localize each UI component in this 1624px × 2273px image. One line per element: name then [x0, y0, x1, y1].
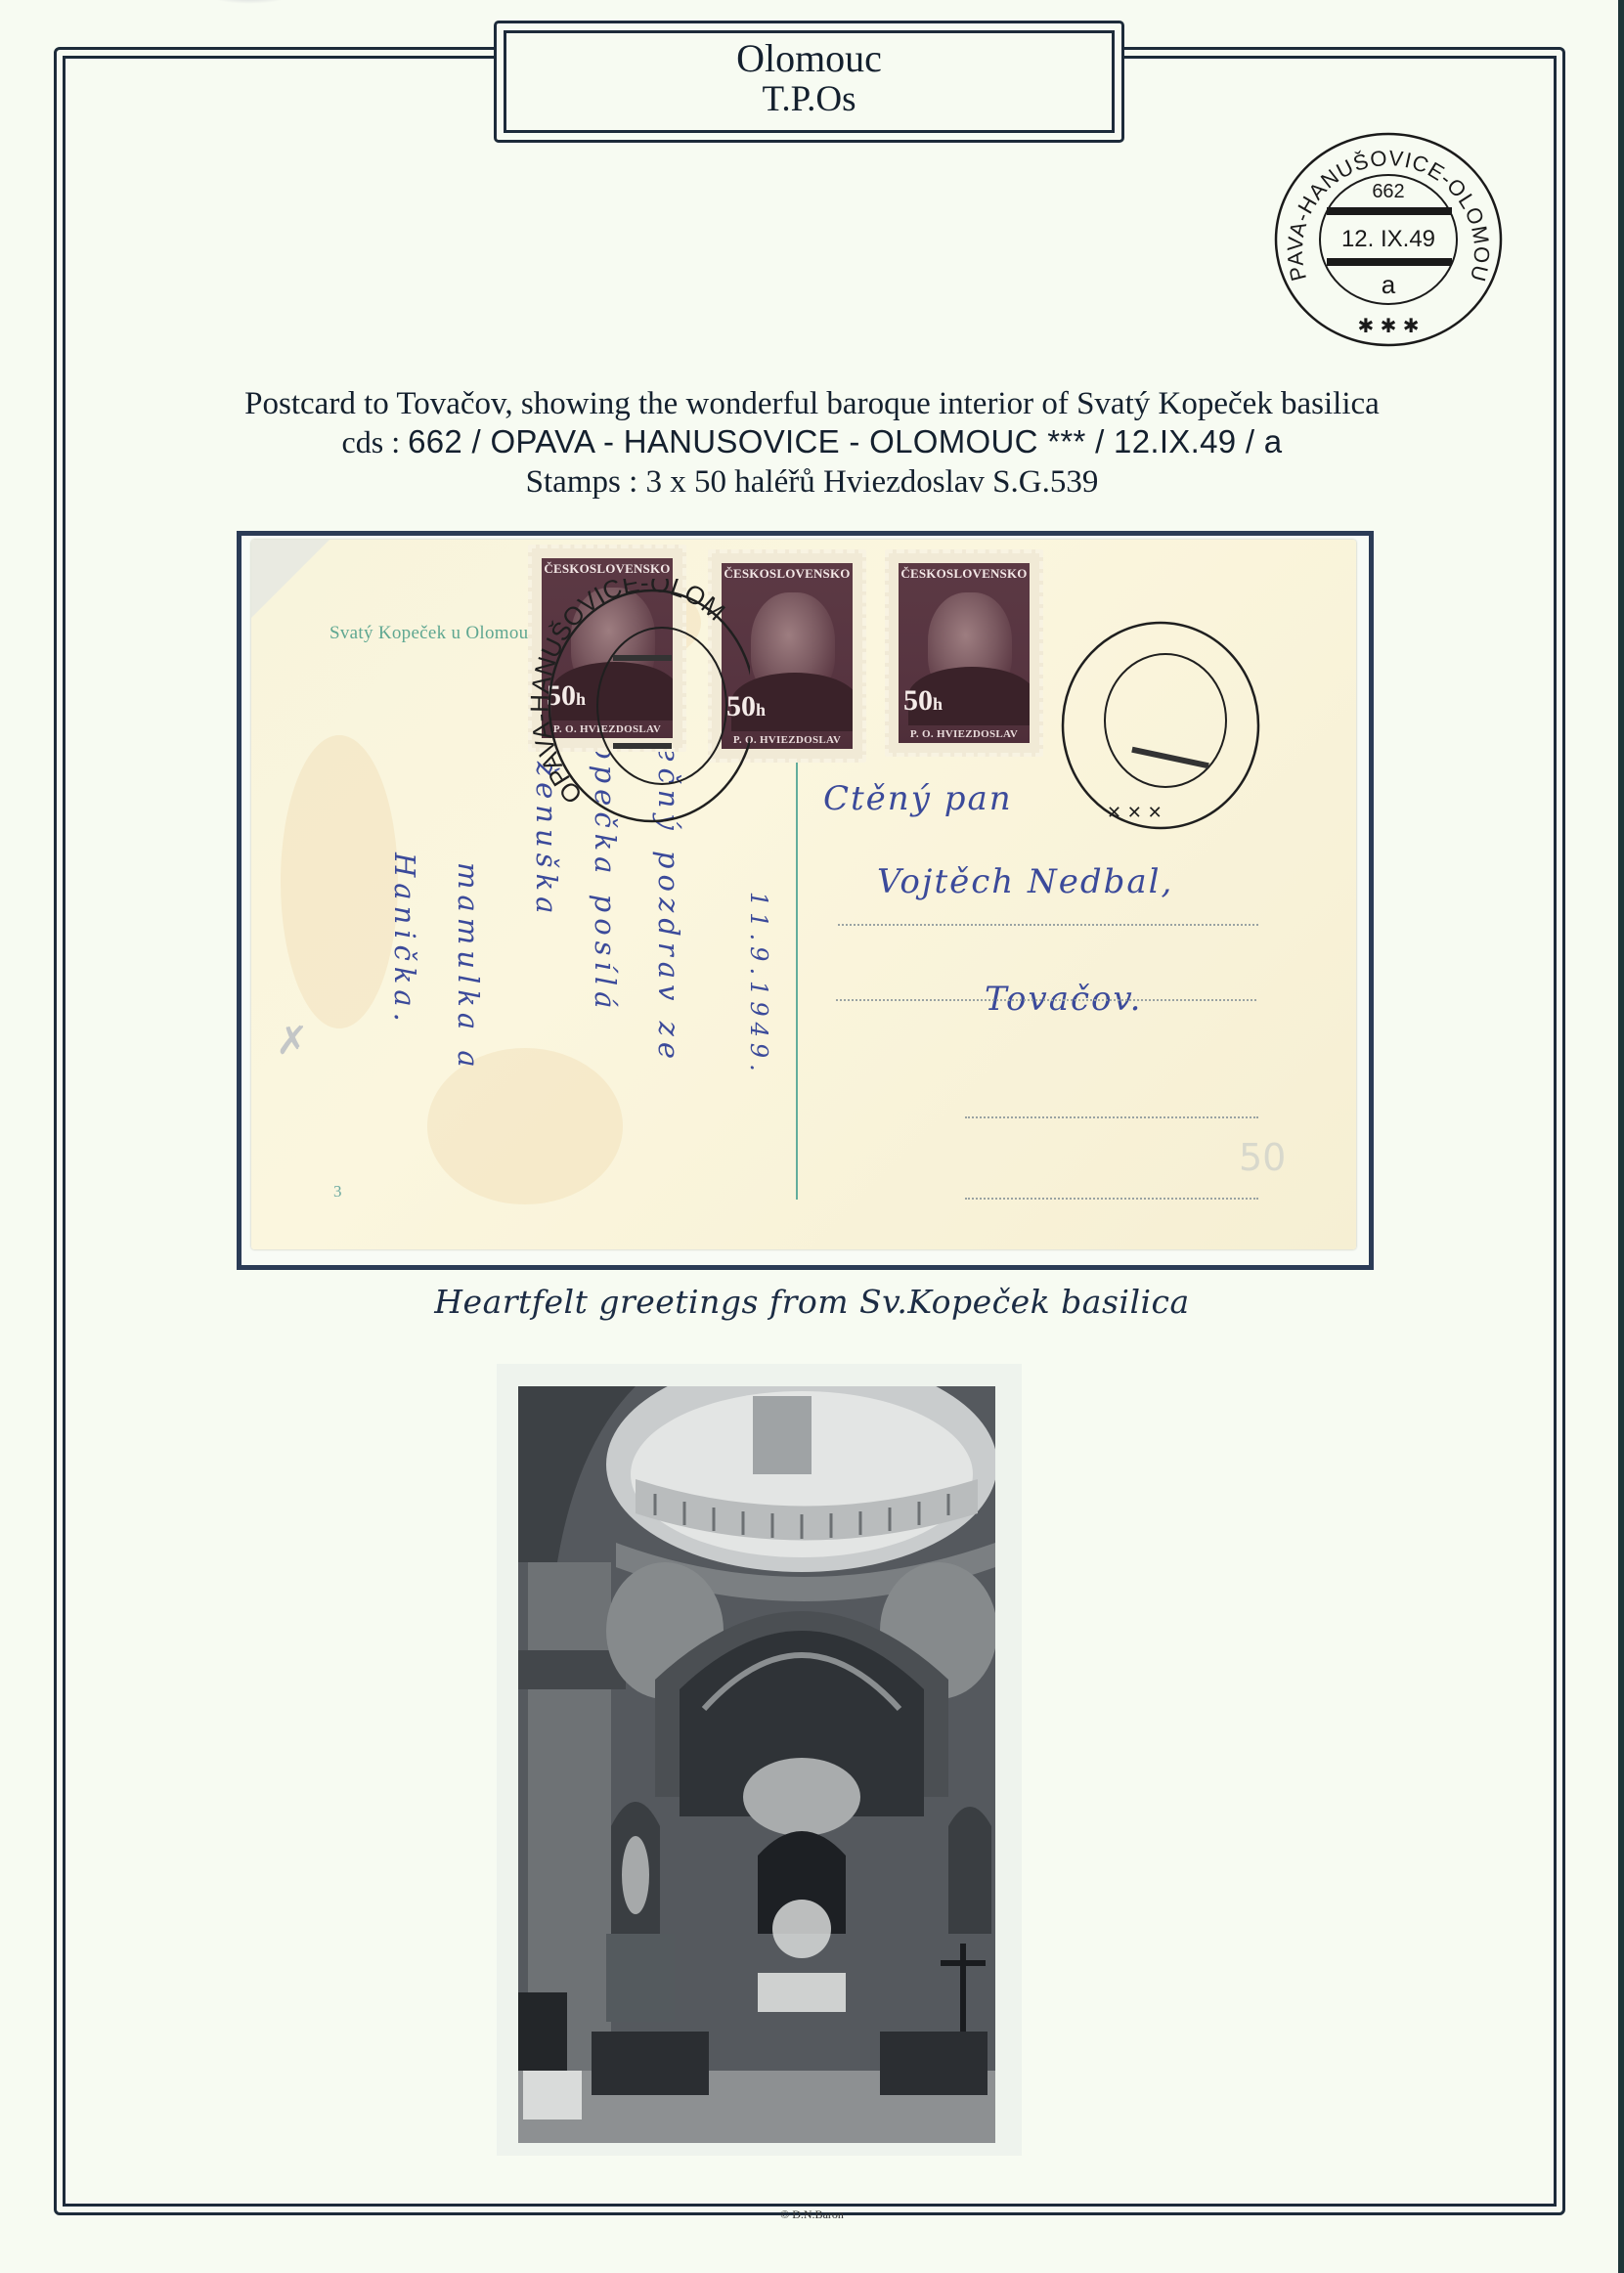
- postmark-date: 12. IX.49: [1341, 226, 1435, 252]
- message-line-4: mamulka a: [452, 862, 485, 1214]
- basilica-interior-illustration: [518, 1386, 995, 2143]
- stamp-value: 50h: [903, 684, 943, 718]
- stamp-value-number: 50: [903, 684, 933, 717]
- pencil-price-note: 50: [1239, 1136, 1286, 1179]
- stamp-country: ČESKOSLOVENSKO: [542, 561, 673, 577]
- address-dotted-line: [965, 1198, 1258, 1200]
- stamp-value-unit: h: [756, 700, 766, 720]
- postmark-stars: ✱ ✱ ✱: [1358, 314, 1420, 337]
- page-title: Olomouc: [506, 37, 1112, 80]
- cds-value: 662 / OPAVA - HANUSOVICE - OLOMOUC *** /…: [408, 423, 1282, 459]
- postmark-illustration: OPAVA-HANUŠOVICE-OLOMOUC 662 12. IX.49 a…: [1266, 127, 1511, 352]
- address-dotted-line: [836, 999, 1256, 1001]
- page-subtitle: T.P.Os: [506, 80, 1112, 119]
- svg-text:OPAVA-HANUŠOVICE-OLOMOUC: OPAVA-HANUŠOVICE-OLOMOUC: [515, 579, 731, 809]
- description-stamps-line: Stamps : 3 x 50 haléřů Hviezdoslav S.G.5…: [0, 464, 1624, 501]
- postcard: Svatý Kopeček u Olomouce. 3 Srdečný pozd…: [251, 540, 1356, 1249]
- address-dotted-line: [965, 1116, 1258, 1118]
- stamp-name: P. O. HVIEZDOSLAV: [899, 728, 1030, 740]
- message-line-5: Hanička.: [388, 852, 421, 1204]
- address-dotted-line: [838, 924, 1258, 926]
- basilica-interior-photo: [518, 1386, 995, 2143]
- card-number: 3: [333, 1182, 342, 1202]
- stamp-country: ČESKOSLOVENSKO: [899, 566, 1030, 582]
- description-line-1: Postcard to Tovačov, showing the wonderf…: [0, 386, 1624, 422]
- postmark-letter: a: [1382, 270, 1396, 299]
- pencil-mark: ✗: [276, 1019, 309, 1064]
- scan-edge: [1618, 0, 1624, 2273]
- cancellation-mark-1: OPAVA-HANUŠOVICE-OLOMOUC: [515, 579, 750, 833]
- photo-corner: [251, 540, 329, 618]
- svg-text:✕ ✕ ✕: ✕ ✕ ✕: [1107, 803, 1163, 823]
- description-cds-line: cds : 662 / OPAVA - HANUSOVICE - OLOMOUC…: [0, 423, 1624, 460]
- written-date: 11.9.1949.: [745, 892, 772, 1204]
- cds-label: cds :: [342, 424, 409, 459]
- title-box-inner: Olomouc T.P.Os: [504, 30, 1115, 133]
- address-divider: [796, 721, 798, 1200]
- postmark-number: 662: [1372, 181, 1404, 202]
- copyright-footer: © D.N.Baron: [0, 2207, 1624, 2222]
- scan-smudge: [205, 0, 293, 4]
- address-line-1: Ctěný pan: [823, 779, 1013, 818]
- greeting-caption: Heartfelt greetings from Sv.Kopeček basi…: [0, 1283, 1624, 1321]
- cancel-text: OPAVA-HANUŠOVICE-OLOMOUC: [515, 579, 731, 809]
- cancellation-mark-2: ✕ ✕ ✕: [1053, 598, 1288, 843]
- stain: [281, 735, 398, 1028]
- stamp-value-unit: h: [933, 694, 943, 714]
- stamp-3: ČESKOSLOVENSKO 50h P. O. HVIEZDOSLAV: [885, 549, 1043, 757]
- address-line-2: Vojtěch Nedbal,: [877, 862, 1173, 901]
